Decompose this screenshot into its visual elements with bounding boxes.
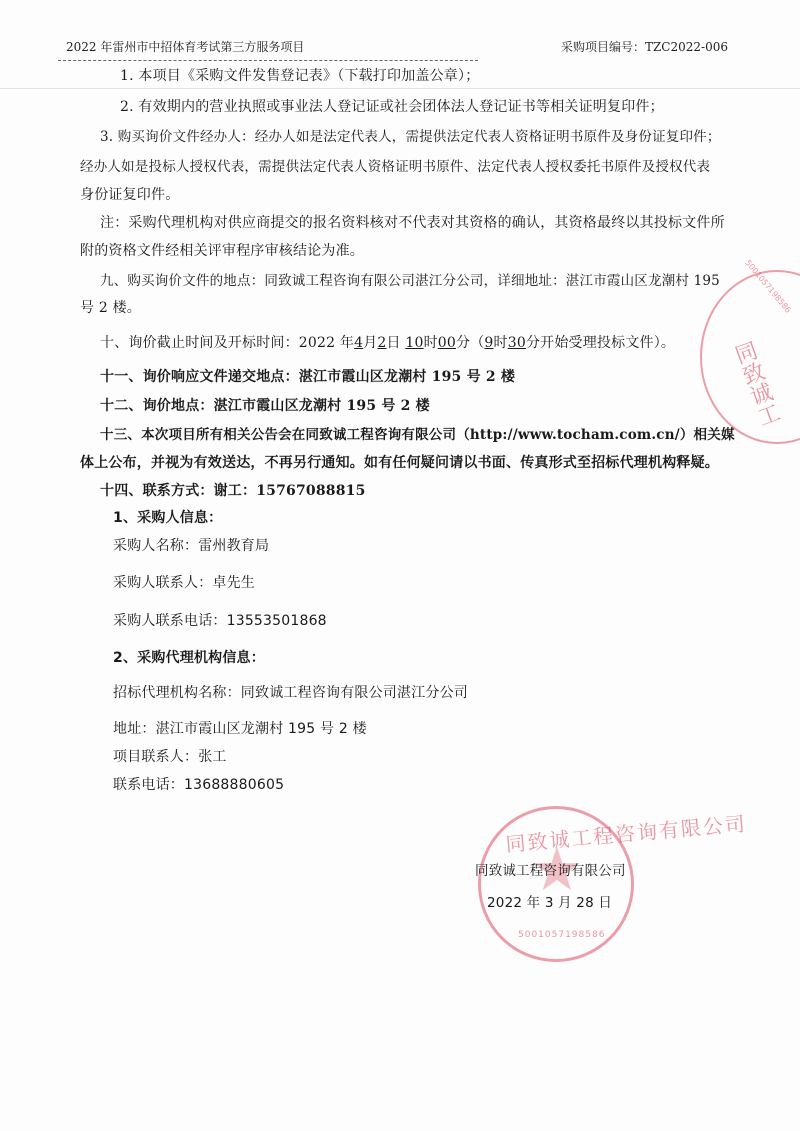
- item-1: 1. 本项目《采购文件发售登记表》（下载打印加盖公章）；: [120, 67, 479, 85]
- deadline-suffix: 分开始受理投标文件）。: [526, 335, 675, 351]
- section-13-line-1: 十三、本次项目所有相关公告会在同致诚工程咨询有限公司（http://www.to…: [100, 426, 735, 444]
- scan-artifact-line: [0, 88, 800, 89]
- header-divider: [58, 60, 478, 61]
- purchaser-name: 采购人名称：雷州教育局: [113, 537, 269, 555]
- hour-unit: 时: [424, 335, 438, 351]
- purchaser-contact: 采购人联系人：卓先生: [113, 574, 255, 592]
- section-10: 十、询价截止时间及开标时间：2022 年4月2日 10时00分（9时30分开始受…: [100, 334, 675, 352]
- seal-code: 5001057198586: [518, 930, 605, 940]
- accept-minute: 30: [508, 335, 526, 351]
- section-14: 十四、联系方式：谢工：15767088815: [100, 482, 366, 500]
- document-page: 2022 年雷州市中招体育考试第三方服务项目 采购项目编号：TZC2022-00…: [0, 0, 800, 1131]
- day-unit: 日: [387, 335, 401, 351]
- agency-heading: 2、采购代理机构信息：: [113, 649, 265, 667]
- month-unit: 月: [363, 335, 377, 351]
- note-line-2: 附的资格文件经相关评审程序审核结论为准。: [80, 242, 364, 260]
- deadline-month: 4: [354, 335, 363, 351]
- section-13-line-2: 体上公布，并视为有效送达，不再另行通知。如有任何疑问请以书面、传真形式至招标代理…: [80, 454, 719, 472]
- item-3-line-2: 经办人如是投标人授权代表，需提供法定代表人资格证明书原件、法定代表人授权委托书原…: [80, 158, 710, 176]
- project-number: 采购项目编号：TZC2022-006: [561, 38, 728, 55]
- section-12: 十二、询价地点：湛江市霞山区龙潮村 195 号 2 楼: [100, 397, 430, 415]
- signature-company: 同致诚工程咨询有限公司: [475, 862, 626, 880]
- agency-contact: 项目联系人：张工: [113, 748, 227, 766]
- section-11: 十一、询价响应文件递交地点：湛江市霞山区龙潮村 195 号 2 楼: [100, 368, 515, 386]
- deadline-day: 2: [377, 335, 386, 351]
- deadline-minute: 00: [438, 335, 456, 351]
- project-title: 2022 年雷州市中招体育考试第三方服务项目: [66, 38, 304, 55]
- accept-hour-unit: 时: [494, 335, 508, 351]
- agency-address: 地址：湛江市霞山区龙潮村 195 号 2 楼: [113, 720, 367, 738]
- page-header: 2022 年雷州市中招体育考试第三方服务项目 采购项目编号：TZC2022-00…: [60, 38, 750, 58]
- item-2: 2. 有效期内的营业执照或事业法人登记证或社会团体法人登记证书等相关证明复印件；: [120, 98, 664, 116]
- accept-hour: 9: [484, 335, 493, 351]
- note-line-1: 注：采购代理机构对供应商提交的报名资料核对不代表对其资格的确认，其资格最终以其投…: [100, 214, 725, 232]
- section-9-line-2: 号 2 楼。: [80, 299, 141, 317]
- deadline-prefix: 十、询价截止时间及开标时间：2022 年: [100, 335, 354, 351]
- signature-date: 2022 年 3 月 28 日: [487, 894, 612, 912]
- minute-unit: 分（: [456, 335, 484, 351]
- deadline-hour: 10: [405, 335, 423, 351]
- purchaser-phone: 采购人联系电话：13553501868: [113, 612, 327, 630]
- item-3-line-3: 身份证复印件。: [80, 186, 179, 204]
- section-9-line-1: 九、购买询价文件的地点：同致诚工程咨询有限公司湛江分公司，详细地址：湛江市霞山区…: [100, 272, 720, 290]
- item-3-line-1: 3. 购买询价文件经办人：经办人如是法定代表人，需提供法定代表人资格证明书原件及…: [100, 128, 721, 146]
- agency-phone: 联系电话：13688880605: [113, 776, 284, 794]
- purchaser-heading: 1、采购人信息：: [113, 509, 222, 527]
- agency-name: 招标代理机构名称：同致诚工程咨询有限公司湛江分公司: [113, 684, 468, 702]
